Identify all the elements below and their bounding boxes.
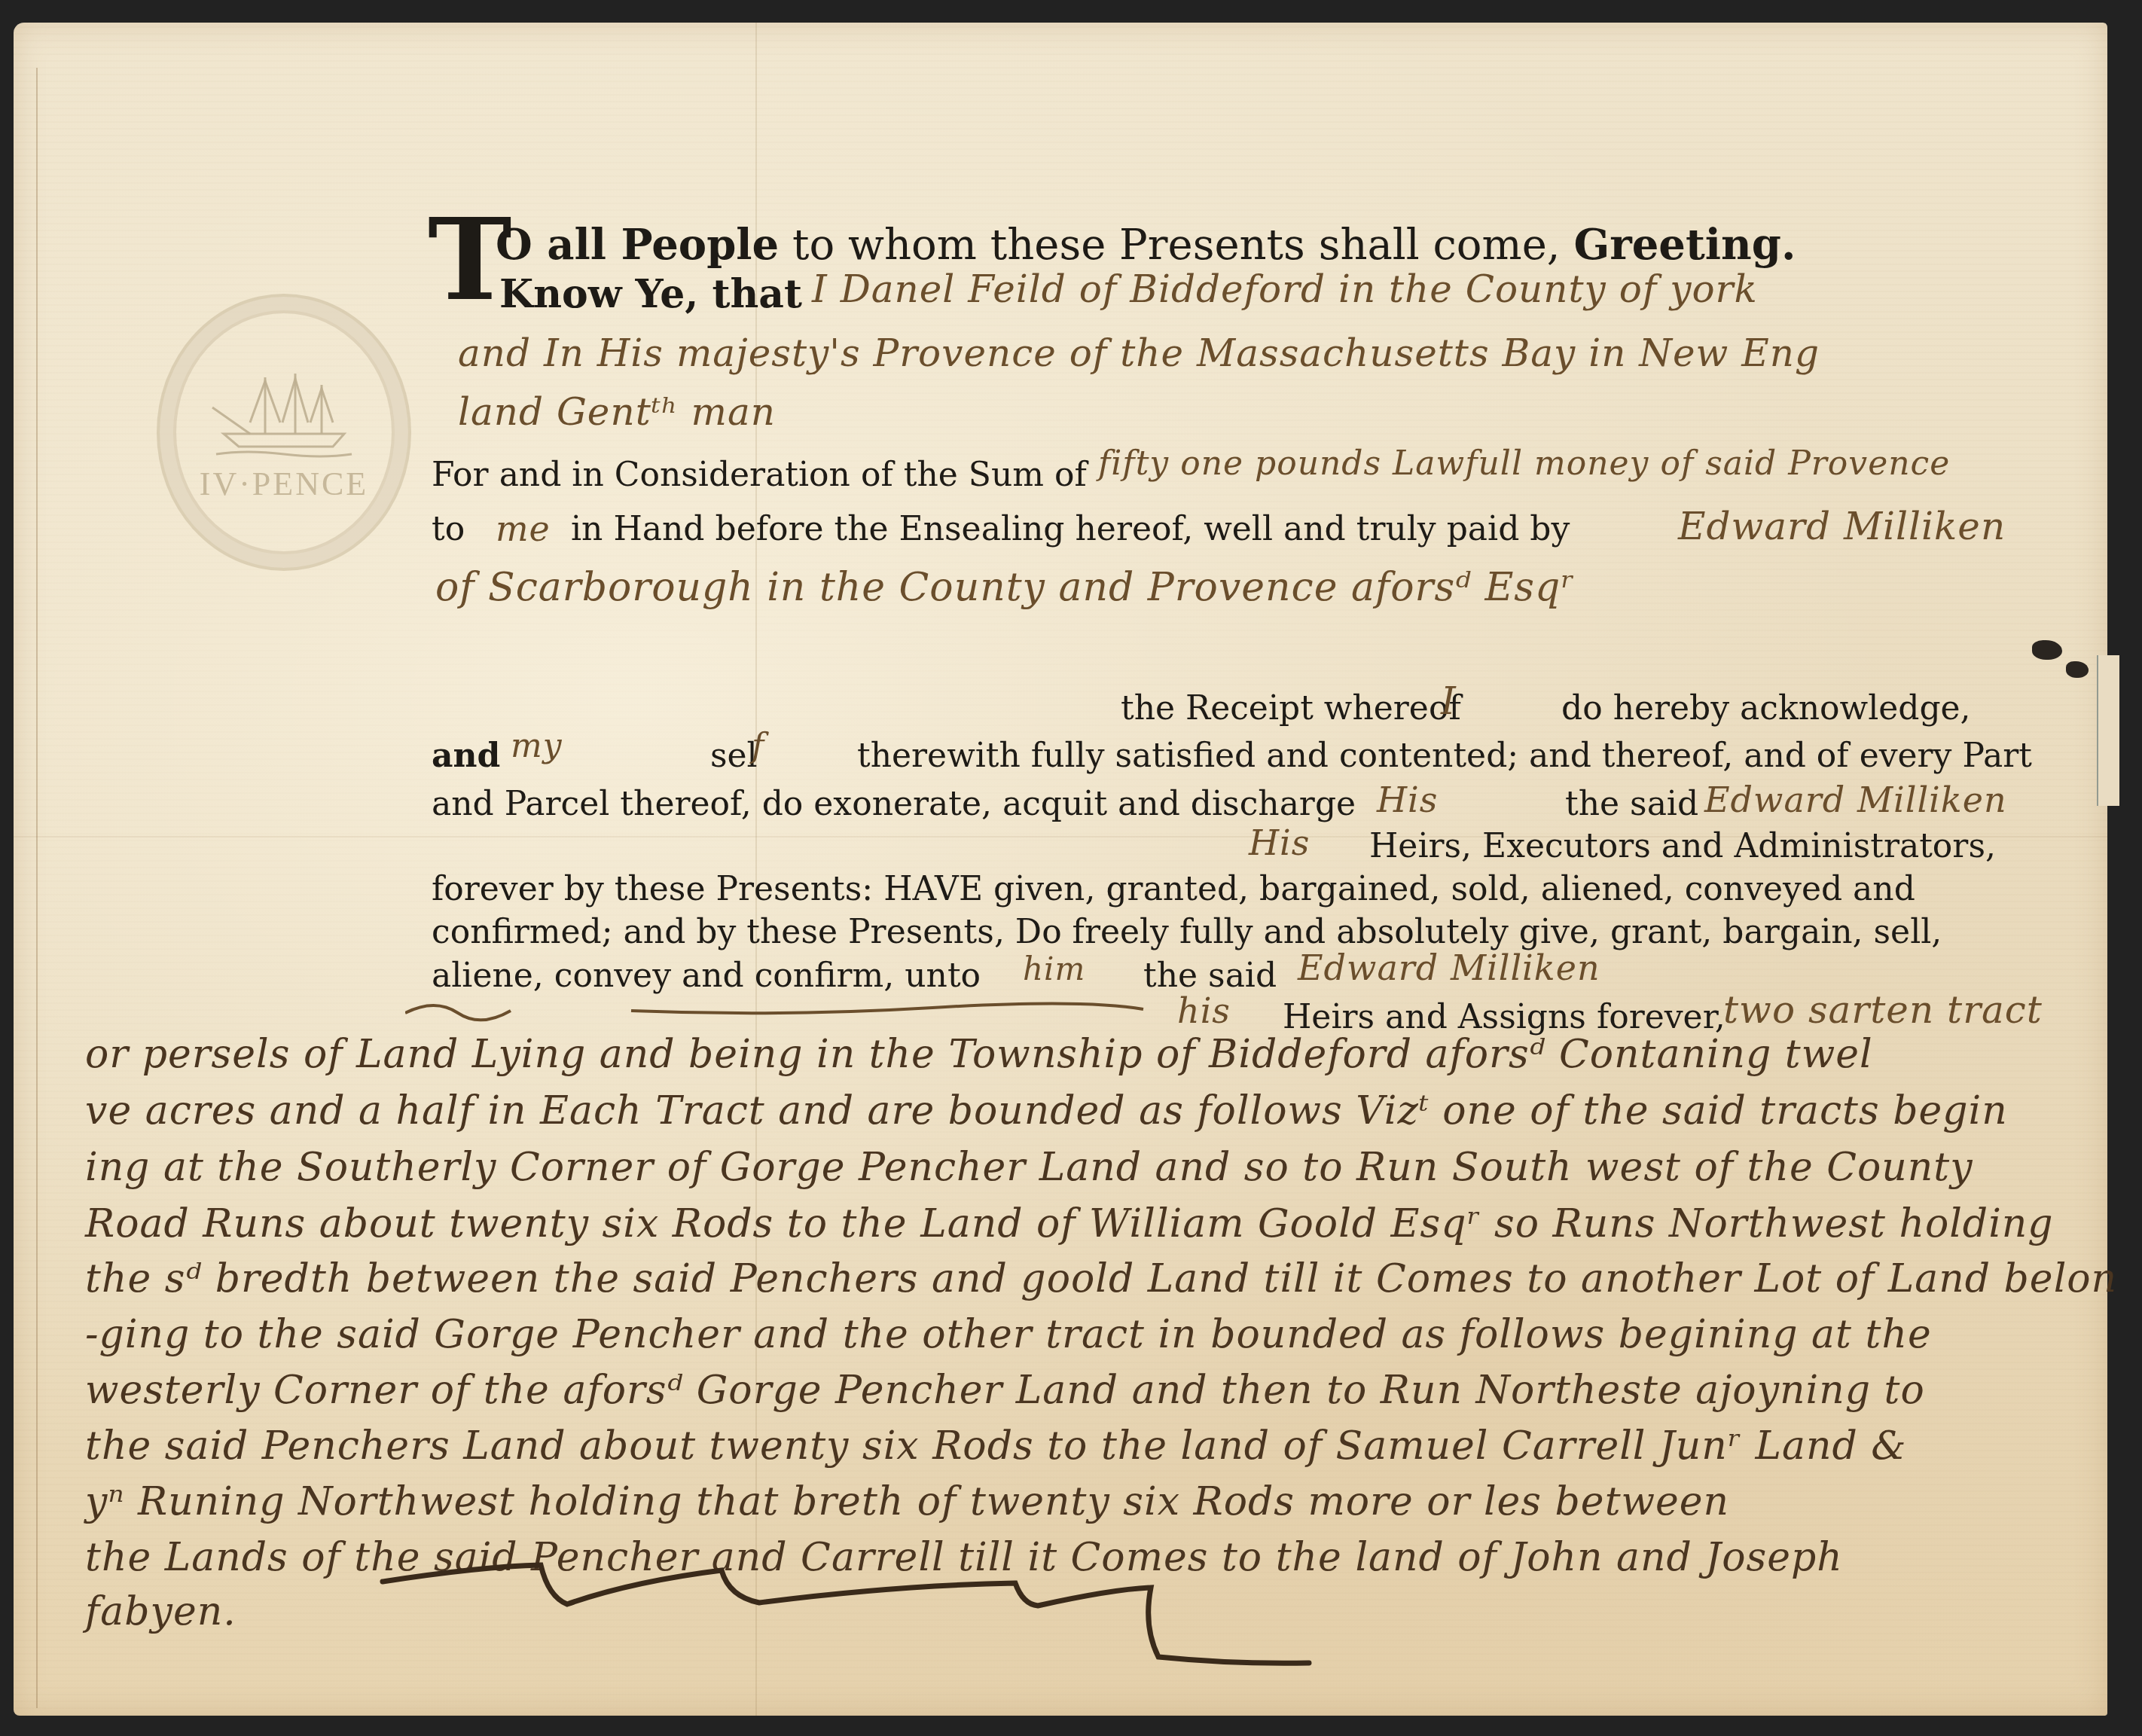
aliene-label: aliene, convey and confirm, unto — [432, 956, 981, 995]
grantee-line: of Scarborough in the County and Provenc… — [435, 565, 1575, 610]
consideration-amount: fifty one pounds Lawfull money of said P… — [1098, 444, 1950, 483]
description-line: the sᵈ bredth between the said Penchers … — [85, 1256, 2117, 1301]
grantor-line-2: and In His majesty's Provence of the Mas… — [458, 331, 1820, 375]
ink-blot — [2066, 661, 2089, 678]
parcel-name: Edward Milliken — [1704, 780, 2007, 820]
sel-f: f — [752, 727, 764, 765]
description-line: fabyen. — [85, 1589, 236, 1634]
know-ye-label: Know Ye, that — [499, 271, 802, 317]
confirmed-label: confirmed; and by these Presents, Do fre… — [432, 913, 1942, 951]
and-label: and — [432, 737, 500, 775]
payer-name: Edward Milliken — [1678, 505, 2006, 548]
closing-flourish — [368, 1551, 1723, 1702]
to-label: to — [432, 510, 465, 548]
line-flourish — [405, 994, 1158, 1024]
paper-repair-strip — [2097, 655, 2119, 806]
aliene-said: the said — [1143, 956, 1277, 995]
deed-paper: IV·PENCE T O all People to whom these Pr… — [14, 23, 2107, 1716]
embossed-seal: IV·PENCE — [157, 294, 411, 571]
forever-label: forever by these Presents: HAVE given, g… — [432, 870, 1915, 908]
parcel-label: and Parcel thereof, do exonerate, acquit… — [432, 785, 1356, 823]
sel-label: sel — [710, 737, 758, 775]
ship-embossed-seal-icon — [209, 362, 359, 460]
aliene-name: Edward Milliken — [1298, 947, 1600, 988]
heading-all-people: O all People — [496, 220, 779, 270]
heading-greeting: Greeting. — [1573, 220, 1796, 270]
heading-text: to whom these Presents shall come, — [779, 221, 1573, 270]
description-line: Road Runs about twenty six Rods to the L… — [85, 1201, 2054, 1246]
description-line: the said Penchers Land about twenty six … — [85, 1423, 1907, 1469]
heirs-label: Heirs, Executors and Administrators, — [1369, 827, 1996, 865]
margin-rule — [36, 68, 38, 1708]
receipt-i: I — [1441, 679, 1457, 723]
receipt-label: the Receipt whereof — [1121, 689, 1461, 728]
consideration-label: For and in Consideration of the Sum of — [432, 456, 1087, 494]
aliene-him: him — [1023, 950, 1085, 987]
deed-heading: O all People to whom these Presents shal… — [496, 220, 1796, 270]
parcel-said: the said — [1565, 785, 1698, 823]
assigns-his: his — [1177, 990, 1231, 1031]
parcel-his: His — [1377, 780, 1438, 820]
to-me: me — [496, 508, 551, 549]
grantor-line-1: I Danel Feild of Biddeford in the County… — [812, 267, 1758, 311]
description-line: ing at the Southerly Corner of Gorge Pen… — [85, 1145, 1973, 1190]
description-line: ve acres and a half in Each Tract and ar… — [85, 1088, 2008, 1133]
and-my: my — [511, 727, 563, 765]
description-line: -ging to the said Gorge Pencher and the … — [85, 1312, 1932, 1357]
description-line: yⁿ Runing Northwest holding that breth o… — [85, 1479, 1729, 1524]
satisfied-label: therewith fully satisfied and contented;… — [857, 737, 2032, 775]
grantor-line-3: land Gentᵗʰ man — [458, 390, 776, 434]
description-line: westerly Corner of the aforsᵈ Gorge Penc… — [85, 1368, 1925, 1413]
seal-denomination: IV·PENCE — [200, 465, 368, 503]
paid-label: in Hand before the Ensealing hereof, wel… — [571, 510, 1570, 548]
description-line: or persels of Land Lying and being in th… — [85, 1032, 1873, 1077]
assigns-label: Heirs and Assigns forever, — [1283, 998, 1725, 1036]
ink-blot — [2032, 640, 2062, 660]
assigns-tail: two sarten tract — [1723, 988, 2043, 1032]
heirs-his: His — [1249, 822, 1310, 863]
acknowledge-label: do hereby acknowledge, — [1561, 689, 1971, 728]
